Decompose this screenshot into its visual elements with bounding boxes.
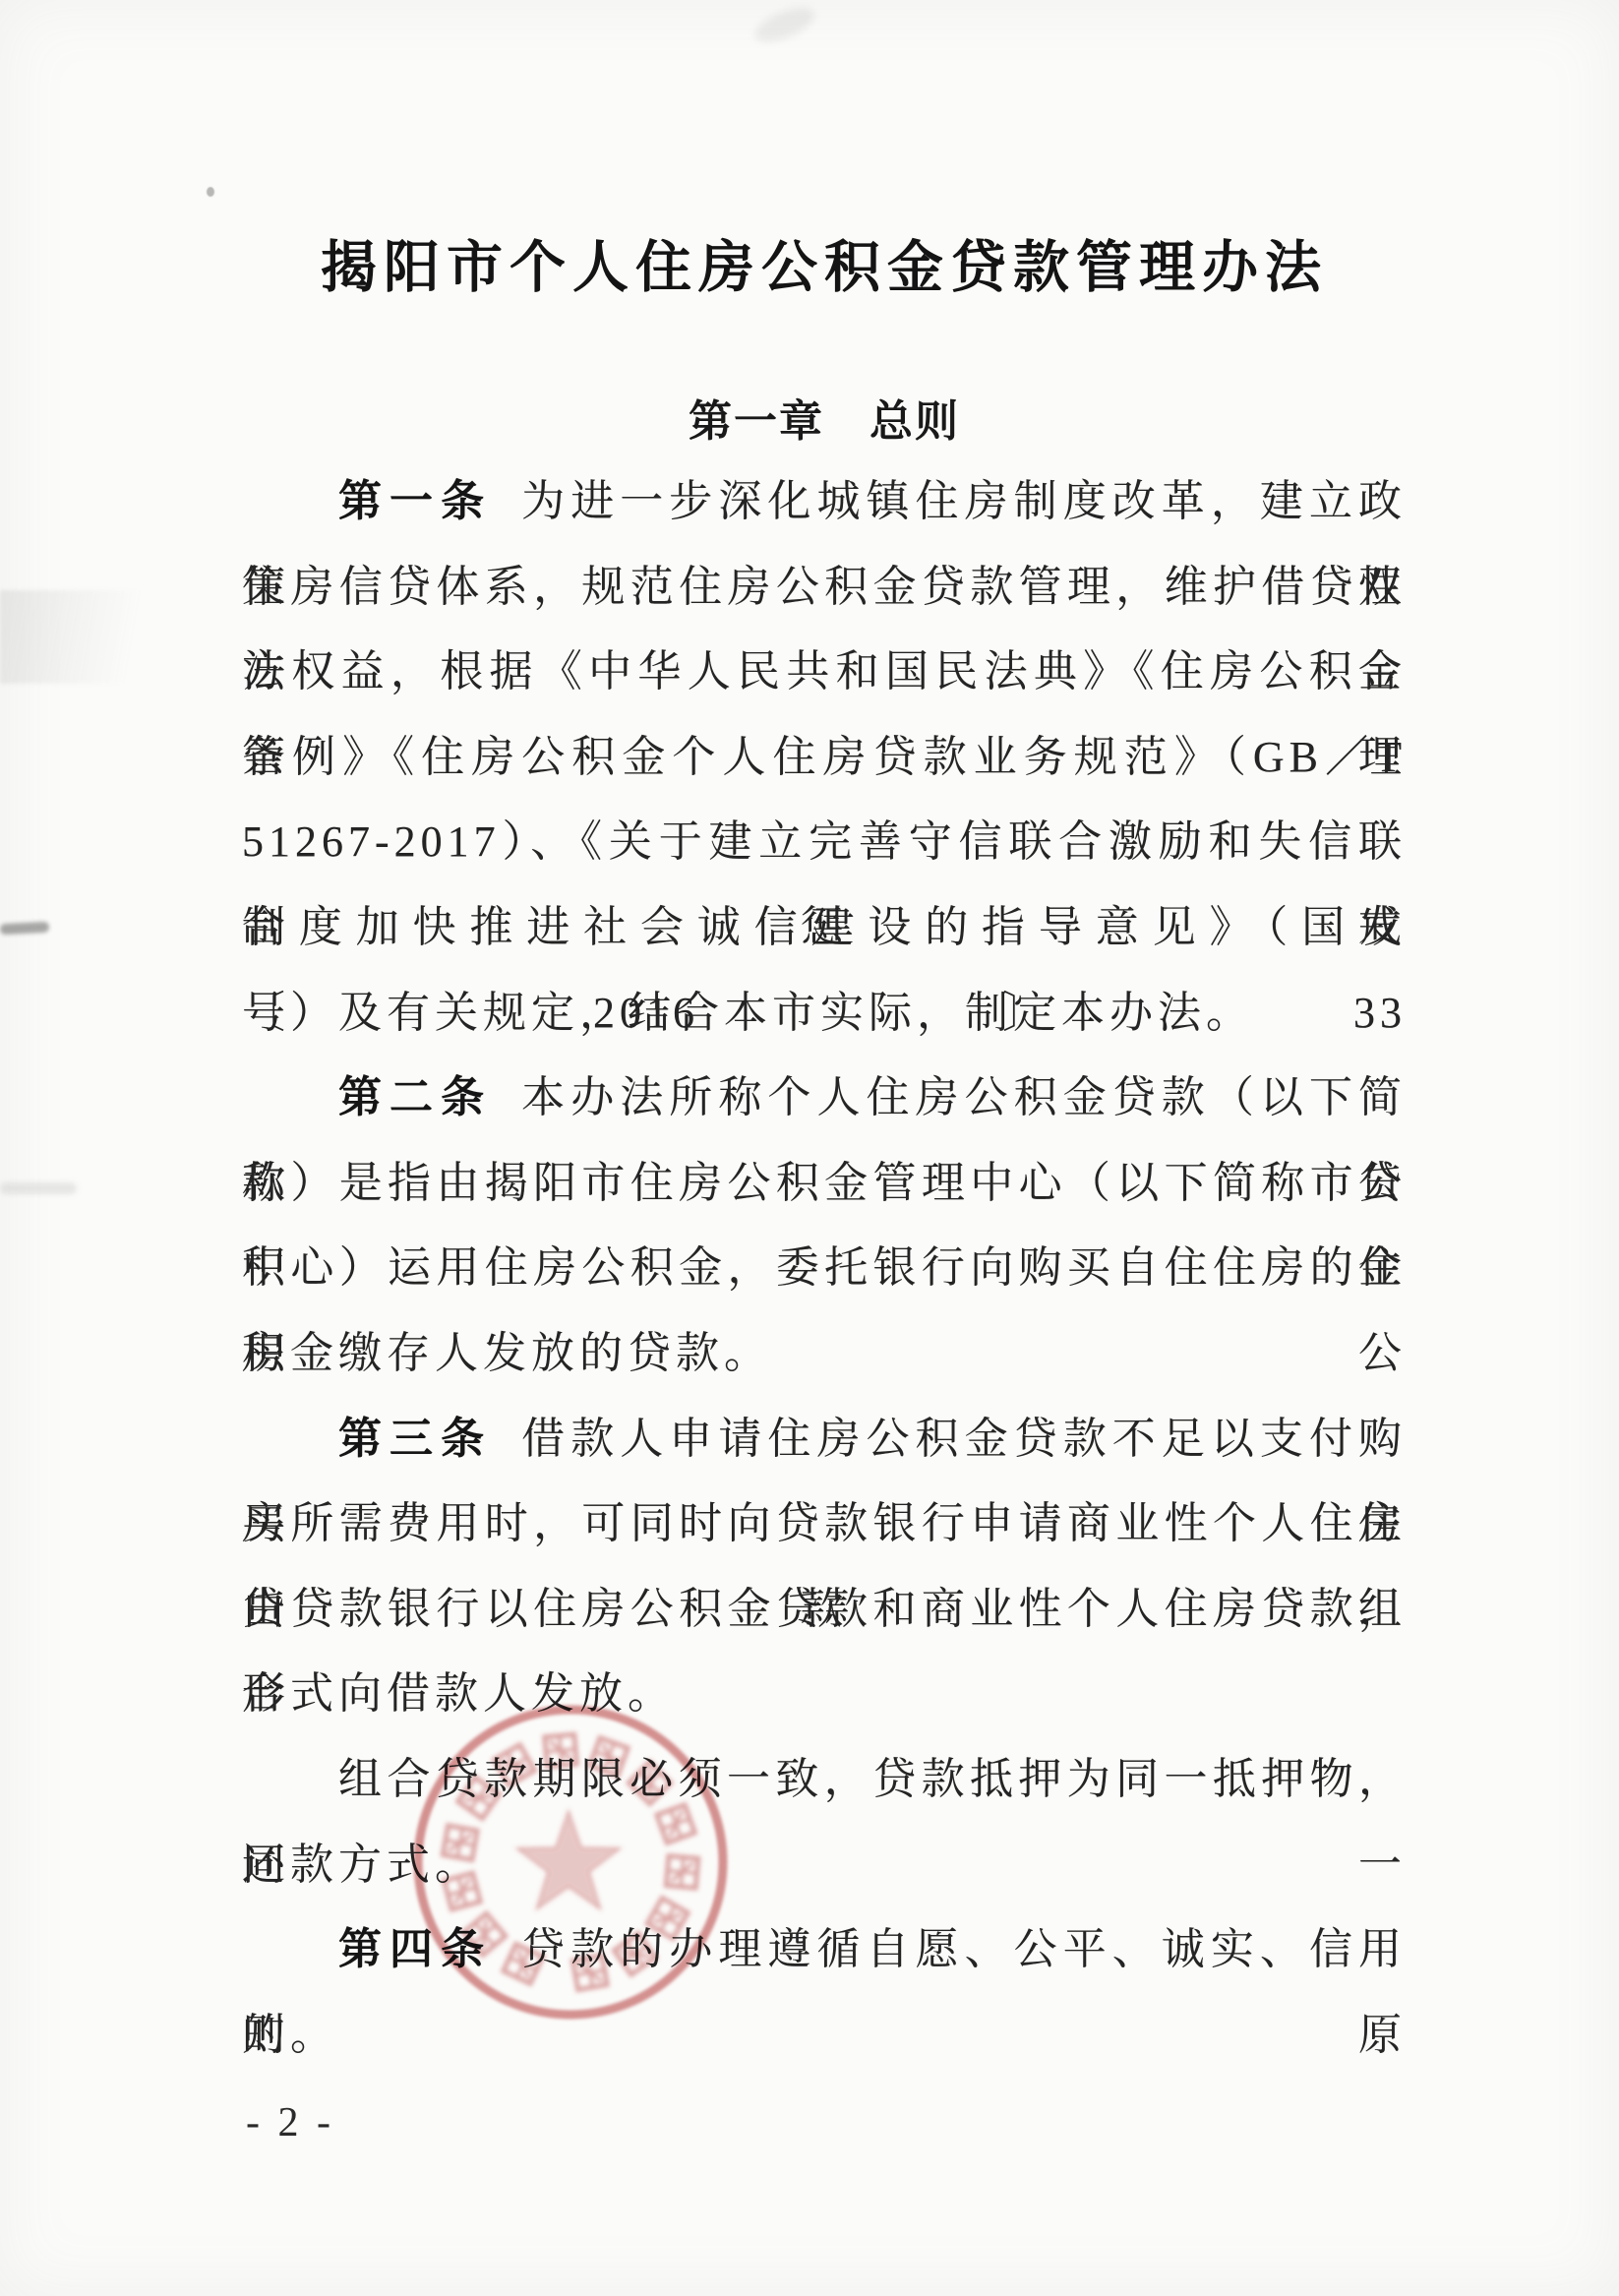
scan-smudge: [0, 1182, 77, 1194]
line-text: 则。: [242, 2011, 338, 2059]
document-title: 揭阳市个人住房公积金贷款管理办法: [242, 222, 1407, 303]
scan-mark: [0, 922, 49, 936]
text-line: 中心）运用住房公积金，委托银行向购买自住住房的住房公: [242, 1226, 1407, 1311]
official-seal-stamp: [403, 1695, 738, 2029]
text-line: 第一条为进一步深化城镇住房制度改革，建立政策性: [242, 459, 1407, 545]
text-line: 51267-2017）、《关于建立完善守信联合激励和失信联合惩戒: [242, 800, 1407, 885]
line-text: 条例》《住房公积金个人住房贷款业务规范》（GB／T: [242, 733, 1407, 781]
text-line: 住房信贷体系，规范住房公积金贷款管理，维护借贷双方合: [242, 545, 1407, 631]
line-text: 积金缴存人发放的贷款。: [242, 1329, 772, 1377]
text-line: 第二条本办法所称个人住房公积金贷款（以下简称贷: [242, 1056, 1407, 1141]
article-number: 第二条: [338, 1073, 492, 1121]
line-text: 号）及有关规定，结合本市实际，制定本办法。: [242, 989, 1254, 1037]
text-line: 第三条借款人申请住房公积金贷款不足以支付购买住: [242, 1397, 1407, 1482]
seal-star-icon: [517, 1811, 621, 1909]
text-line: 法权益，根据《中华人民共和国民法典》《住房公积金管理: [242, 630, 1407, 715]
scan-speck: [207, 187, 214, 197]
scan-smudge: [750, 1, 818, 48]
text-line: 款）是指由揭阳市住房公积金管理中心（以下简称市公积金: [242, 1141, 1407, 1227]
article-number: 第一条: [338, 477, 492, 525]
text-line: 条例》《住房公积金个人住房贷款业务规范》（GB／T: [242, 715, 1407, 801]
text-line: 由贷款银行以住房公积金贷款和商业性个人住房贷款组合: [242, 1567, 1407, 1653]
text-line: 号）及有关规定，结合本市实际，制定本办法。: [242, 971, 1407, 1057]
scanned-document-page: 揭阳市个人住房公积金贷款管理办法 第一章 总则 第一条为进一步深化城镇住房制度改…: [0, 0, 1619, 2296]
article-number: 第三条: [338, 1415, 492, 1463]
scan-smudge: [0, 590, 182, 684]
text-line: 制度加快推进社会诚信建设的指导意见》（国发〔2016〕33: [242, 885, 1407, 971]
text-line: 房所需费用时，可同时向贷款银行申请商业性个人住房贷款，: [242, 1481, 1407, 1567]
page-number: - 2 -: [246, 2099, 334, 2146]
chapter-heading: 第一章 总则: [242, 386, 1407, 449]
